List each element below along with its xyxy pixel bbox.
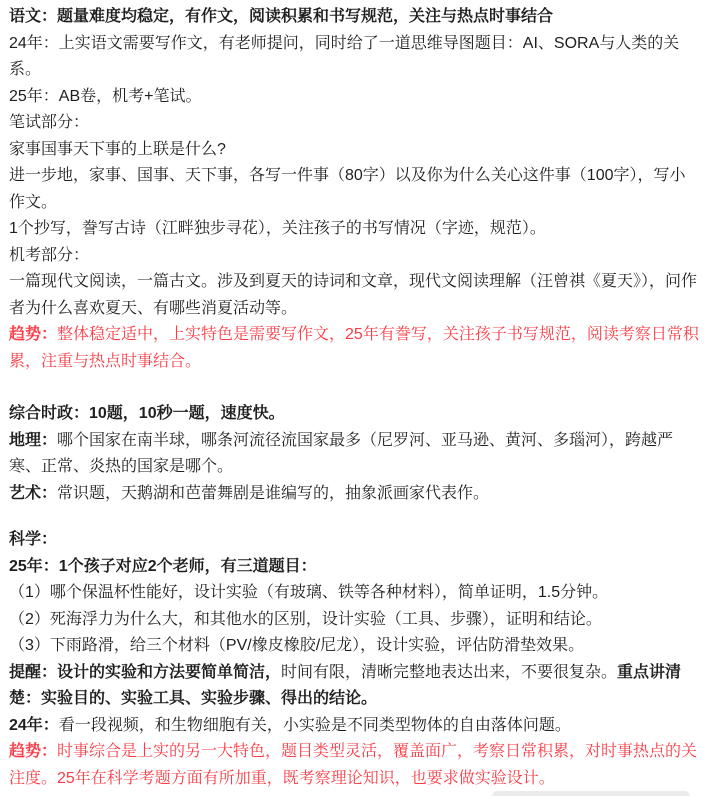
text-segment: 家事国事天下事的上联是什么? bbox=[9, 141, 226, 158]
chinese-written-q3: 1个抄写，誊写古诗（江畔独步寻花），关注孩子的书写情况（字迹，规范）。 bbox=[9, 216, 699, 243]
text-segment: 24年：上实语文需要写作文，有老师提问，同时给了一道思维导图题目：AI、SORA… bbox=[9, 35, 679, 79]
text-segment: 一篇现代文阅读，一篇古文。涉及到夏天的诗词和文章，现代文阅读理解（汪曾祺《夏天》… bbox=[9, 273, 697, 317]
text-segment: （2）死海浮力为什么大，和其他水的区别，设计实验（工具、步骤），证明和结论。 bbox=[9, 611, 602, 628]
partial-bottom-bar bbox=[492, 791, 690, 796]
text-segment: 哪个国家在南半球，哪条河流径流国家最多（尼罗河、亚马逊、黄河、多瑙河），跨越严寒… bbox=[9, 432, 673, 476]
science-year24: 24年：看一段视频，和生物细胞有关，小实验是不同类型物体的自由落体问题。 bbox=[9, 713, 699, 740]
science-heading: 科学： bbox=[9, 527, 699, 554]
text-segment: 常识题，天鹅湖和芭蕾舞剧是谁编写的，抽象派画家代表作。 bbox=[57, 485, 489, 502]
text-segment: 25年：AB卷，机考+笔试。 bbox=[9, 88, 202, 105]
chinese-year25: 25年：AB卷，机考+笔试。 bbox=[9, 84, 699, 111]
art-line: 艺术：常识题，天鹅湖和芭蕾舞剧是谁编写的，抽象派画家代表作。 bbox=[9, 481, 699, 508]
text-segment: 综合时政：10题，10秒一题，速度快。 bbox=[9, 405, 285, 422]
text-segment: 时事综合是上实的另一大特色，题目类型灵活，覆盖面广，考察日常积累，对时事热点的关… bbox=[9, 743, 697, 787]
chinese-written-part-label: 笔试部分： bbox=[9, 110, 699, 137]
section-politics: 综合时政：10题，10秒一题，速度快。 bbox=[9, 401, 699, 428]
science-year25-heading: 25年：1个孩子对应2个老师，有三道题目： bbox=[9, 554, 699, 581]
science-question-1: （1）哪个保温杯性能好，设计实验（有玻璃、铁等各种材料），简单证明，1.5分钟。 bbox=[9, 580, 699, 607]
chinese-year24: 24年：上实语文需要写作文，有老师提问，同时给了一道思维导图题目：AI、SORA… bbox=[9, 31, 699, 84]
text-segment: 看一段视频，和生物细胞有关，小实验是不同类型物体的自由落体问题。 bbox=[59, 717, 571, 734]
science-trend: 趋势：时事综合是上实的另一大特色，题目类型灵活，覆盖面广，考察日常积累，对时事热… bbox=[9, 739, 699, 792]
document-body: 语文：题量难度均稳定，有作文，阅读积累和书写规范，关注与热点时事结合 24年：上… bbox=[0, 0, 707, 792]
chinese-written-q1: 家事国事天下事的上联是什么? bbox=[9, 137, 699, 164]
text-segment: 艺术： bbox=[9, 485, 57, 502]
text-segment: （1）哪个保温杯性能好，设计实验（有玻璃、铁等各种材料），简单证明，1.5分钟。 bbox=[9, 584, 608, 601]
text-segment: 24年： bbox=[9, 717, 59, 734]
politics-heading: 综合时政：10题，10秒一题，速度快。 bbox=[9, 401, 699, 428]
science-question-3: （3）下雨路滑，给三个材料（PV/橡皮橡胶/尼龙），设计实验，评估防滑垫效果。 bbox=[9, 633, 699, 660]
text-segment: 整体稳定适中，上实特色是需要写作文，25年有誊写，关注孩子书写规范，阅读考察日常… bbox=[9, 326, 699, 370]
text-segment: 1个抄写，誊写古诗（江畔独步寻花），关注孩子的书写情况（字迹，规范）。 bbox=[9, 220, 546, 237]
chinese-written-q2: 进一步地，家事、国事、天下事，各写一件事（80字）以及你为什么关心这件事（100… bbox=[9, 163, 699, 216]
text-segment: 地理： bbox=[9, 432, 57, 449]
chinese-heading: 语文：题量难度均稳定，有作文，阅读积累和书写规范，关注与热点时事结合 bbox=[9, 4, 699, 31]
text-segment: 时间有限，清晰完整地表达出来，不要很复杂。 bbox=[281, 664, 617, 681]
text-segment: 提醒：设计的实验和方法要简单简洁， bbox=[9, 664, 281, 681]
chinese-trend: 趋势：整体稳定适中，上实特色是需要写作文，25年有誊写，关注孩子书写规范，阅读考… bbox=[9, 322, 699, 375]
section-geography-art: 地理：哪个国家在南半球，哪条河流径流国家最多（尼罗河、亚马逊、黄河、多瑙河），跨… bbox=[9, 428, 699, 508]
chinese-computer-part-label: 机考部分： bbox=[9, 243, 699, 270]
text-segment: 语文：题量难度均稳定，有作文，阅读积累和书写规范，关注与热点时事结合 bbox=[9, 8, 553, 25]
section-chinese: 语文：题量难度均稳定，有作文，阅读积累和书写规范，关注与热点时事结合 24年：上… bbox=[9, 4, 699, 375]
text-segment: 机考部分： bbox=[9, 247, 89, 264]
science-question-2: （2）死海浮力为什么大，和其他水的区别，设计实验（工具、步骤），证明和结论。 bbox=[9, 607, 699, 634]
geography-line: 地理：哪个国家在南半球，哪条河流径流国家最多（尼罗河、亚马逊、黄河、多瑙河），跨… bbox=[9, 428, 699, 481]
text-segment: 趋势： bbox=[9, 326, 57, 343]
text-segment: 笔试部分： bbox=[9, 114, 89, 131]
section-science: 科学： 25年：1个孩子对应2个老师，有三道题目： （1）哪个保温杯性能好，设计… bbox=[9, 527, 699, 792]
chinese-computer-detail: 一篇现代文阅读，一篇古文。涉及到夏天的诗词和文章，现代文阅读理解（汪曾祺《夏天》… bbox=[9, 269, 699, 322]
text-segment: 趋势： bbox=[9, 743, 57, 760]
text-segment: （3）下雨路滑，给三个材料（PV/橡皮橡胶/尼龙），设计实验，评估防滑垫效果。 bbox=[9, 637, 584, 654]
text-segment: 25年：1个孩子对应2个老师，有三道题目： bbox=[9, 558, 317, 575]
science-reminder: 提醒：设计的实验和方法要简单简洁，时间有限，清晰完整地表达出来，不要很复杂。重点… bbox=[9, 660, 699, 713]
text-segment: 进一步地，家事、国事、天下事，各写一件事（80字）以及你为什么关心这件事（100… bbox=[9, 167, 686, 211]
text-segment: 科学： bbox=[9, 531, 57, 548]
